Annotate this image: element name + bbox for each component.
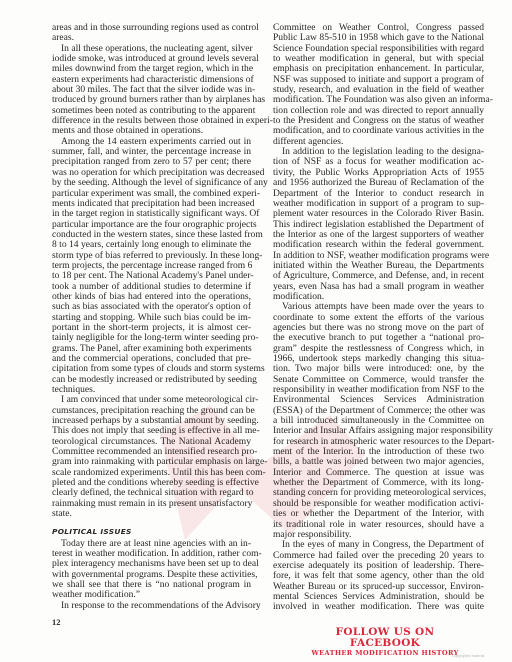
right-column: Committee on Weather Control, Congress p… <box>273 23 484 613</box>
page-number: 12 <box>52 617 61 627</box>
paragraph: Among the 14 eastern experiments carried… <box>52 137 251 396</box>
text-line: 8 to 14 years, certainly long enough to … <box>52 240 251 250</box>
text-line: In the eyes of many in Congress, the Dep… <box>273 540 484 550</box>
text-line: and 1956 authorized the Bureau of Reclam… <box>273 178 484 188</box>
paragraph: In the eyes of many in Congress, the Dep… <box>273 540 484 612</box>
paragraph: Committee on Weather Control, Congress p… <box>273 23 484 147</box>
paragraph: I am convinced that under some meteorolo… <box>52 395 251 519</box>
text-line: In response to the recommendations of th… <box>52 601 251 611</box>
text-line: areas and in those surrounding regions u… <box>52 23 251 33</box>
copyright-notice: Copyrighted material <box>452 654 484 658</box>
text-line: ties or whether the Department of the In… <box>273 509 484 519</box>
paragraph: In addition to the legislation leading t… <box>273 147 484 302</box>
text-line: in the target region in statistically si… <box>52 209 251 219</box>
facebook-promo[interactable]: FOLLOW US ON FACEBOOK WEATHER MODIFICATI… <box>300 627 470 657</box>
text-line: state. <box>52 509 251 519</box>
document-page: areas and in those surrounding regions u… <box>0 0 512 662</box>
text-line: rainmaking must remain in its present un… <box>52 499 251 509</box>
paragraph: In response to the recommendations of th… <box>52 601 251 611</box>
paragraph: In all these operations, the nucleating … <box>52 44 251 137</box>
text-line: involved in weather modification. There … <box>273 602 484 612</box>
promo-line-2: WEATHER MODIFICATION HISTORY <box>300 649 470 657</box>
text-line: plement water resources in the Colorado … <box>273 209 484 219</box>
paragraph: Today there are at least nine agencies w… <box>52 539 251 601</box>
left-column: areas and in those surrounding regions u… <box>52 23 251 611</box>
paragraph: Various attempts have been made over the… <box>273 302 484 540</box>
paragraph: areas and in those surrounding regions u… <box>52 23 251 44</box>
promo-line-1: FOLLOW US ON FACEBOOK <box>300 627 470 649</box>
text-line: fore, it was felt that some agency, othe… <box>273 571 484 581</box>
text-line: weather modification.” <box>52 590 251 600</box>
text-line: modification research within the federal… <box>273 240 484 250</box>
text-line: plex interagency mechanisms have been se… <box>52 559 251 569</box>
section-heading: POLITICAL ISSUES <box>52 526 251 538</box>
text-line: by the seeding. Although the level of si… <box>52 178 251 188</box>
